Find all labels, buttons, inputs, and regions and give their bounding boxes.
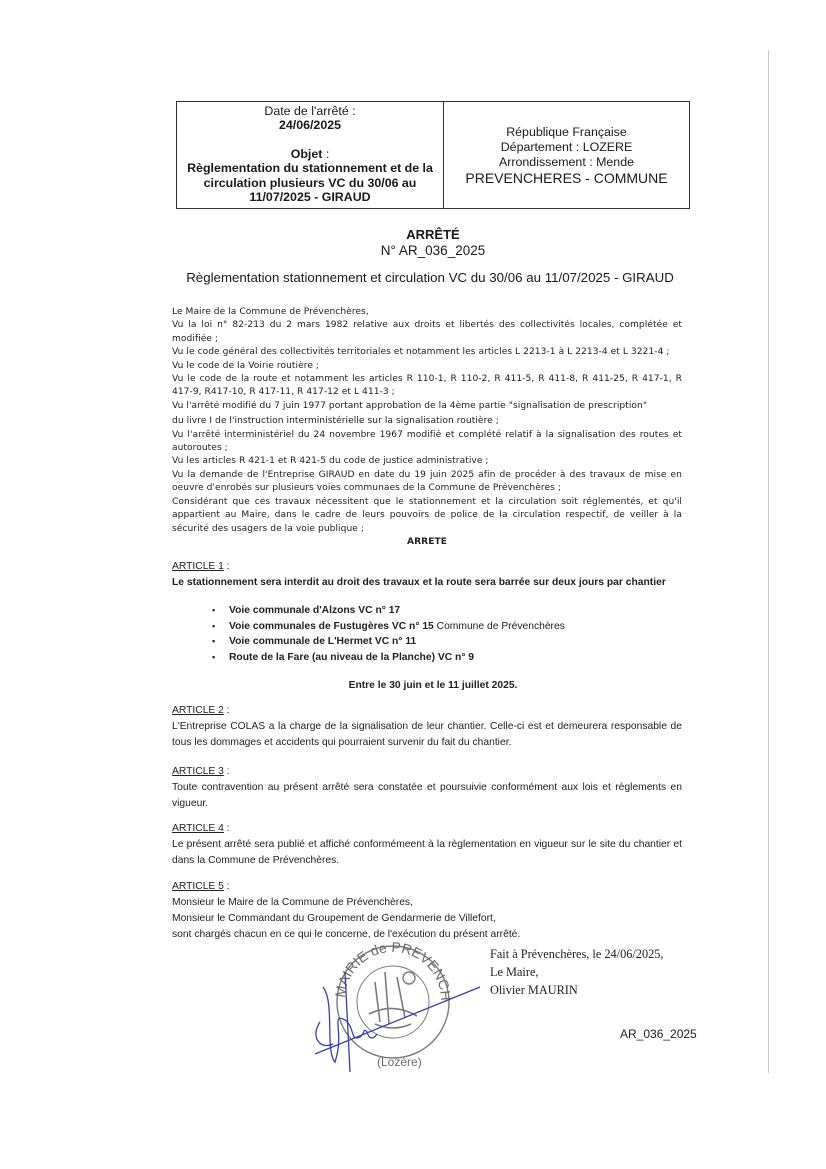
article-2: ARTICLE 2 : L'Entreprise COLAS a la char… — [172, 703, 682, 751]
article-line: sont chargés chacun en ce qui le concern… — [172, 927, 682, 943]
preamble-line: Vu le code général des collectivités ter… — [172, 346, 682, 359]
article-line: Monsieur le Commandant du Groupement de … — [172, 911, 682, 927]
preamble-line: Vu l'arrêté modifié du 7 juin 1977 porta… — [172, 400, 682, 413]
decree-number: N° AR_036_2025 — [176, 243, 690, 258]
article-text: Le stationnement sera interdit au droit … — [172, 575, 682, 591]
preamble-line: Vu les articles R 421-1 et R 421-5 du co… — [172, 455, 682, 468]
article-3: ARTICLE 3 : Toute contravention au prése… — [172, 764, 682, 812]
signature-block: Fait à Prévenchères, le 24/06/2025, Le M… — [490, 945, 663, 999]
preamble-line: Vu la demande de l'Entreprise GIRAUD en … — [172, 469, 682, 496]
list-item: Route de la Fare (au niveau de la Planch… — [212, 650, 565, 666]
preamble-line: Vu le code de la route et notamment les … — [172, 373, 682, 400]
signatory-name: Olivier MAURIN — [490, 981, 663, 999]
list-item: Voie communale de L'Hermet VC n° 11 — [212, 634, 565, 650]
list-item: Voie communales de Fustugères VC n° 15 C… — [212, 619, 565, 635]
header-box: Date de l'arrêté : 24/06/2025 Objet : Rè… — [176, 101, 690, 209]
svg-text:MAIRIE de PREVENCHERES: MAIRIE de PREVENCHERES — [305, 942, 454, 1001]
date-range: Entre le 30 juin et le 11 juillet 2025. — [176, 680, 690, 691]
article-label: ARTICLE 4 — [172, 823, 224, 834]
roads-list: Voie communale d'Alzons VC n° 17 Voie co… — [212, 603, 565, 665]
list-item: Voie communale d'Alzons VC n° 17 — [212, 603, 565, 619]
preamble-line: du livre I de l'instruction interministé… — [172, 415, 682, 428]
date-label: Date de l'arrêté : — [177, 104, 443, 118]
object-label-line: Objet : — [177, 147, 443, 161]
header-right-cell: République Française Département : LOZER… — [444, 102, 689, 208]
place-date: Fait à Prévenchères, le 24/06/2025, — [490, 945, 663, 963]
article-1: ARTICLE 1 : Le stationnement sera interd… — [172, 559, 682, 591]
preamble-line: Considérant que ces travaux nécessitent … — [172, 496, 682, 536]
preamble-line: Le Maire de la Commune de Prévenchères, — [172, 306, 682, 319]
arrondissement-line: Arrondissement : Mende — [444, 155, 689, 170]
department-line: Département : LOZERE — [444, 140, 689, 155]
object-line: 11/07/2025 - GIRAUD — [177, 190, 443, 204]
document-heading: ARRÊTÉ — [176, 227, 690, 242]
article-text: L'Entreprise COLAS a la charge de la sig… — [172, 719, 682, 751]
preamble-line: Vu l'arrêté interministériel du 24 novem… — [172, 429, 682, 456]
article-label: ARTICLE 5 — [172, 881, 224, 892]
preamble-line: Vu le code de la Voirie routière ; — [172, 360, 682, 373]
article-line: Monsieur le Maire de la Commune de Préve… — [172, 895, 682, 911]
header-left-cell: Date de l'arrêté : 24/06/2025 Objet : Rè… — [177, 102, 444, 208]
arrete-word: ARRETE — [172, 536, 682, 549]
article-text: Toute contravention au présent arrêté se… — [172, 780, 682, 812]
commune-line: PREVENCHERES - COMMUNE — [444, 170, 689, 186]
preamble-line: Vu la loi n° 82-213 du 2 mars 1982 relat… — [172, 319, 682, 346]
scan-edge-line — [768, 50, 769, 1073]
article-text: Le présent arrêté sera publié et affiché… — [172, 837, 682, 869]
svg-text:(Lozère): (Lozère) — [377, 1055, 422, 1069]
document-page: Date de l'arrêté : 24/06/2025 Objet : Rè… — [0, 0, 826, 1169]
mayor-stamp-and-signature: MAIRIE de PREVENCHERES (Lozère) — [305, 942, 485, 1072]
object-line: Règlementation du stationnement et de la — [177, 161, 443, 175]
article-5: ARTICLE 5 : Monsieur le Maire de la Comm… — [172, 879, 682, 943]
object-label: Objet — [291, 147, 323, 161]
article-label: ARTICLE 1 — [172, 561, 224, 572]
date-value: 24/06/2025 — [177, 118, 443, 132]
preamble: Le Maire de la Commune de Prévenchères, … — [172, 306, 682, 549]
signatory-role: Le Maire, — [490, 963, 663, 981]
republic-line: République Française — [444, 125, 689, 140]
footer-reference: AR_036_2025 — [620, 1027, 697, 1041]
object-line: circulation plusieurs VC du 30/06 au — [177, 176, 443, 190]
article-label: ARTICLE 2 — [172, 705, 224, 716]
decree-subject: Règlementation stationnement et circulat… — [150, 270, 710, 285]
article-label: ARTICLE 3 — [172, 766, 224, 777]
article-4: ARTICLE 4 : Le présent arrêté sera publi… — [172, 821, 682, 869]
